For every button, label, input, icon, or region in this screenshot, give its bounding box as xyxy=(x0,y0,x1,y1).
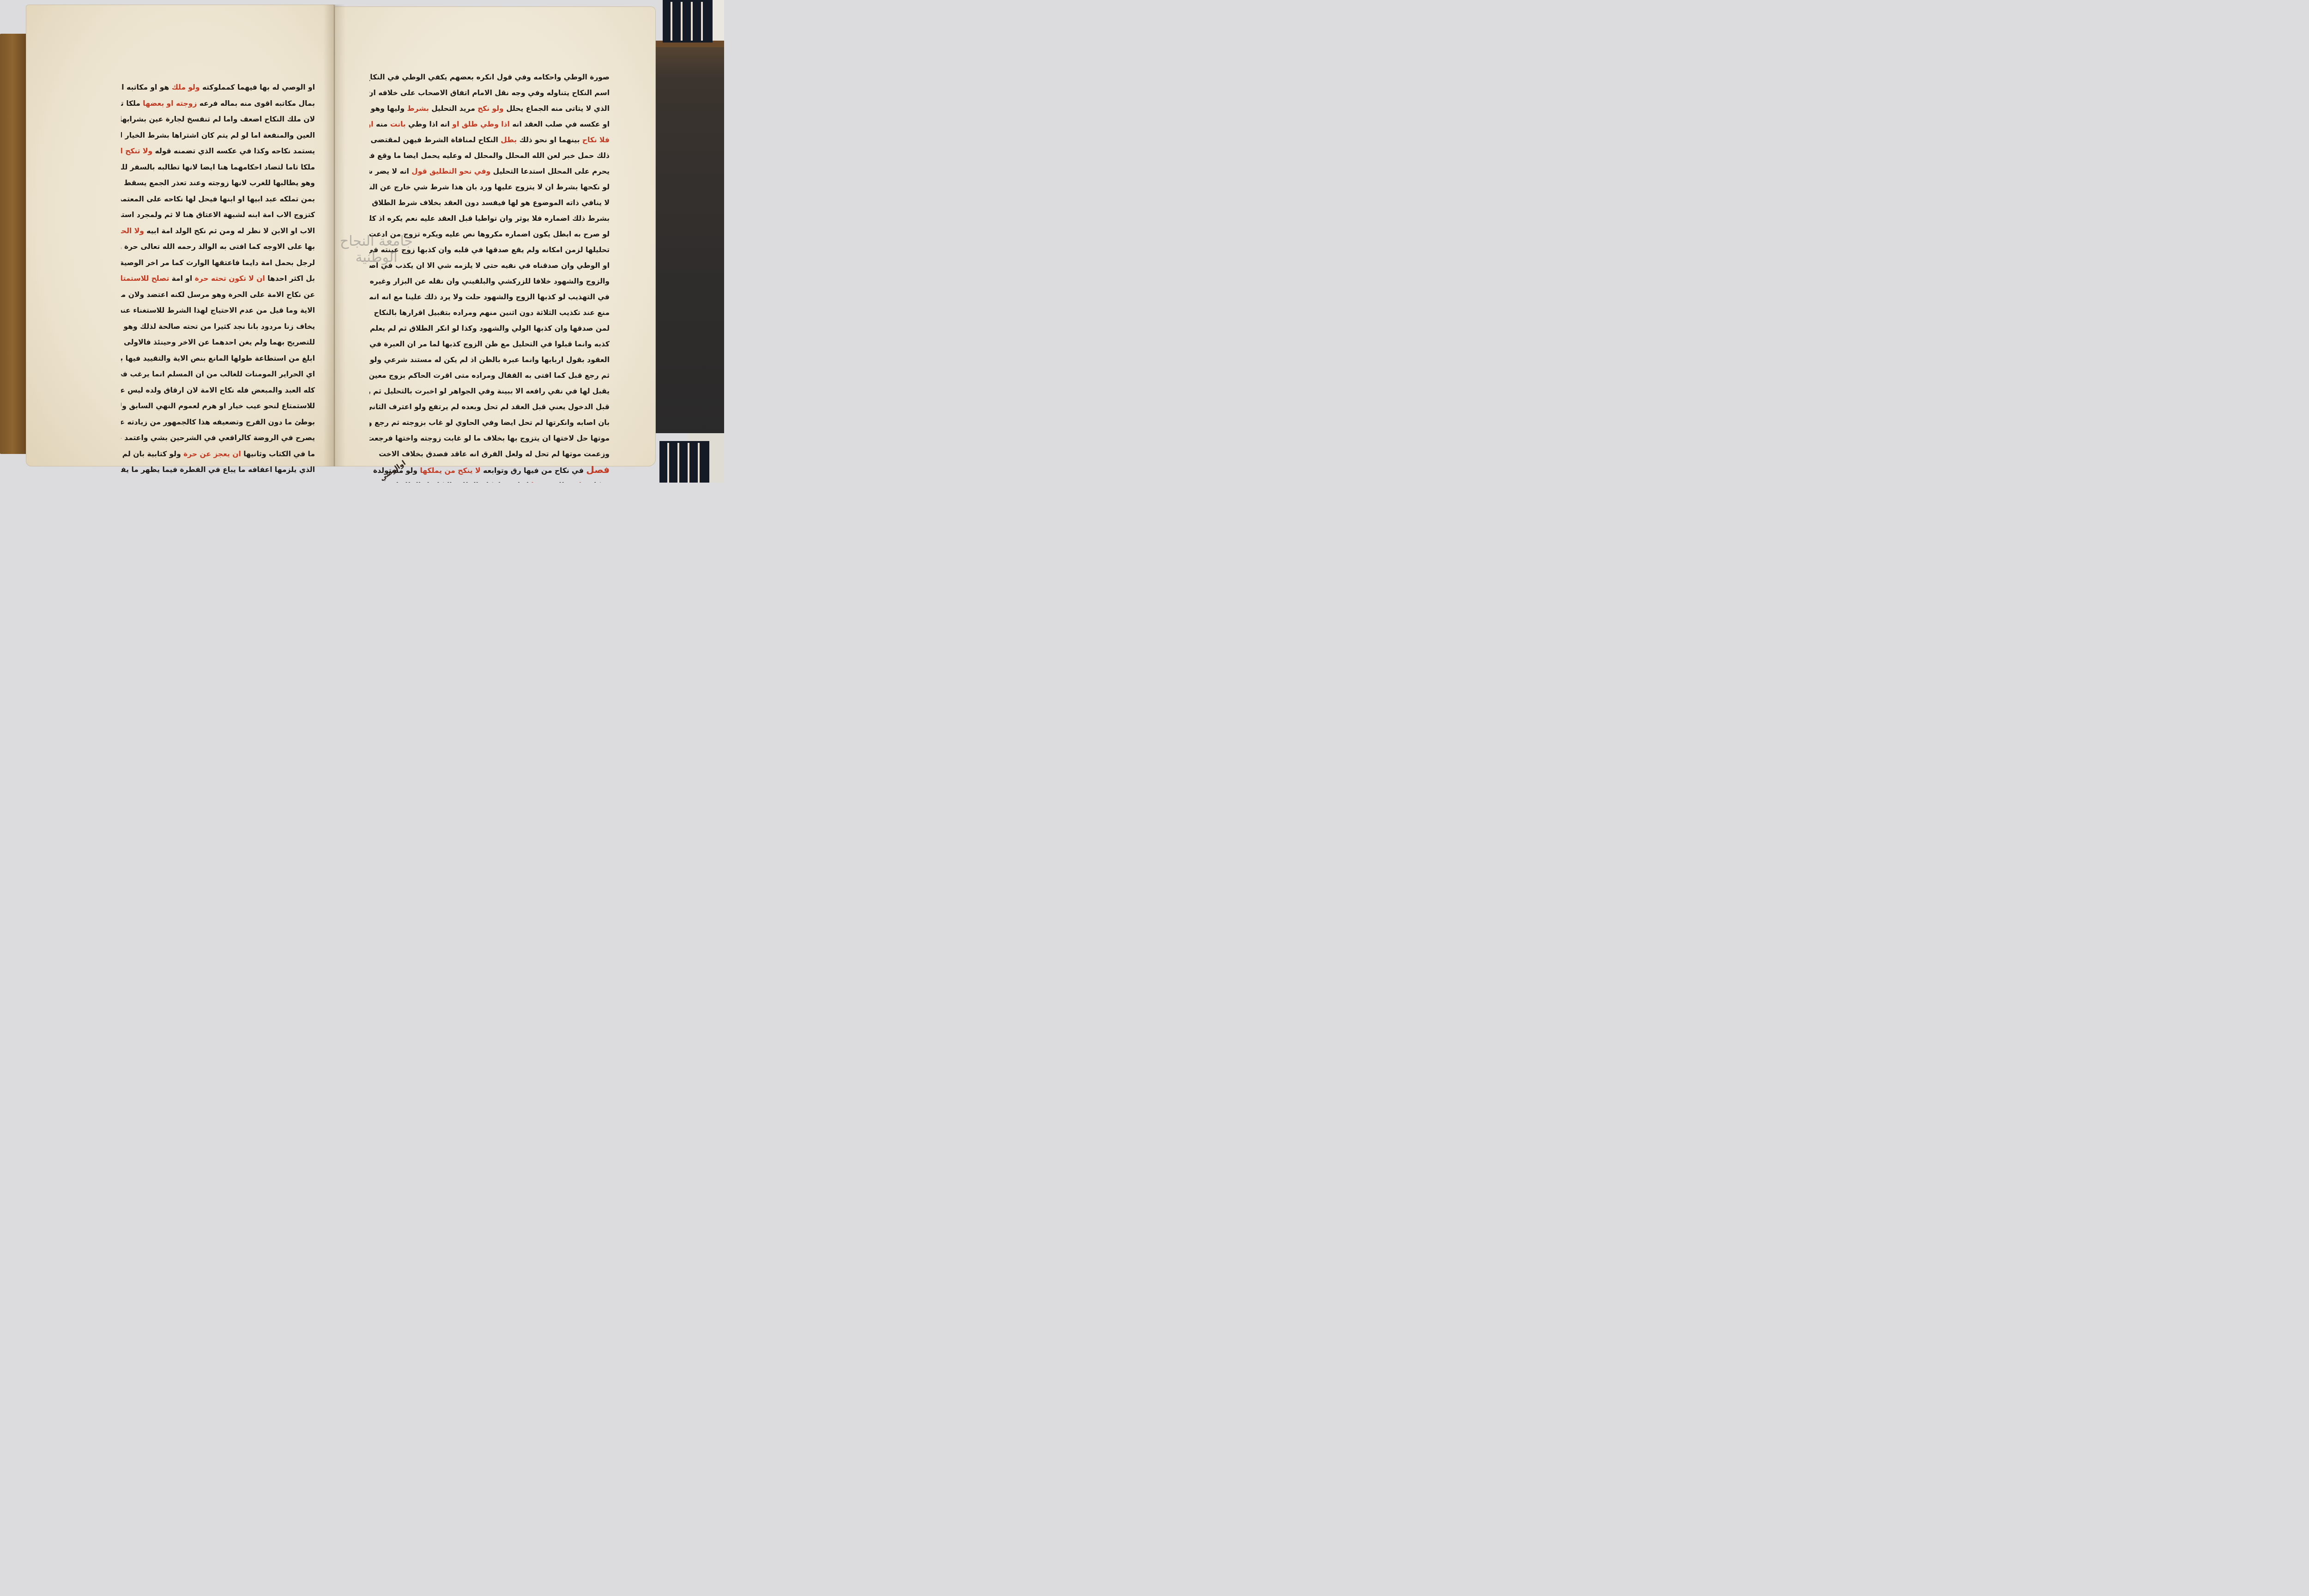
body-text: بمن تملكه عبد ابيها او ابنها فيحل لها نك… xyxy=(121,195,315,203)
body-text: ذلك حمل خبر لعن الله المحلل والمحلل له و… xyxy=(369,151,610,160)
manuscript-line: ذلك حمل خبر لعن الله المحلل والمحلل له و… xyxy=(369,148,610,163)
manuscript-line: الذي لا يتاتى منه الجماع يحلل ولو نكح مر… xyxy=(369,101,610,116)
body-text: هو او مكاتبه او فرعه او من تعلق السيد xyxy=(121,83,172,91)
rubric-text: بشرط xyxy=(407,104,429,113)
manuscript-line: يخاف زنا مردود بانا نجد كثيرا من تحته صا… xyxy=(121,319,315,335)
body-text: وزعمت موتها لم تحل له ولعل الفرق انه عاق… xyxy=(379,450,610,458)
manuscript-photo: او الوصي له بها فيهما كمملوكته ولو ملك ه… xyxy=(0,0,724,483)
body-text: يصرح في الروضة كالرافعي في الشرحين بشي و… xyxy=(121,434,315,442)
body-text: بينهما او نحو ذلك xyxy=(517,136,582,144)
rubric-text: ولا الحر xyxy=(121,227,144,235)
rubric-text: فلا نكاح xyxy=(582,136,610,144)
body-text: ابلغ من استطاعة طولها المانع بنص الاية و… xyxy=(121,354,315,363)
manuscript-line: الاب او الابن لا نظر له ومن ثم نكح الولد… xyxy=(121,223,315,239)
rubric-text: ولو ملك xyxy=(172,83,200,91)
body-text: او الوصي له بها فيهما كمملوكته xyxy=(200,83,315,91)
rubric-text: اذا وطي طلق او xyxy=(452,120,510,128)
rubric-text: لا ينكح من يملكها xyxy=(420,466,480,475)
body-text: او عكسه في صلب العقد انه xyxy=(510,120,610,128)
manuscript-line: قبل الدخول يعني قبل العقد لم تحل وبعده ل… xyxy=(369,399,610,415)
dark-board xyxy=(656,41,724,433)
book-cover-left xyxy=(0,34,28,454)
manuscript-line: يصرح في الروضة كالرافعي في الشرحين بشي و… xyxy=(121,430,315,446)
body-text: العين والمنفعة اما لو لم يتم كان اشتراها… xyxy=(121,131,315,139)
right-page-text: صورة الوطي واحكامه وفي قول انكره بعضهم ي… xyxy=(369,69,610,483)
manuscript-line: للاستمتاع لنحو عيب خيار او هرم لعموم الن… xyxy=(121,398,315,414)
body-text: بل اكثر احدها xyxy=(265,274,315,283)
manuscript-line: موتها حل لاختها ان يتزوج بها بخلاف ما لو… xyxy=(369,430,610,446)
body-text: العقود بقول اربابها وانما عبرة بالظن اذ … xyxy=(369,356,610,364)
body-text: ولو كتابية بان لم يقدر على ما معه اومع ز… xyxy=(121,450,183,458)
manuscript-line: بوطئ ما دون الفرج وتضعيفه هذا كالجمهور م… xyxy=(121,414,315,430)
manuscript-line: الذي يلزمها اعفافه ما يباع في الفطرة فيم… xyxy=(121,462,315,478)
body-text: والزوج والشهود خلافا للزركشي والبلقيني و… xyxy=(369,277,610,285)
manuscript-line: اسم النكاح يتناوله وفي وجه نقل الامام ات… xyxy=(369,85,610,101)
manuscript-line: عن نكاح الامة على الحرة وهو مرسل لكنه اع… xyxy=(121,287,315,303)
black-grid-stand-bottom xyxy=(659,441,709,483)
body-text: بمال مكاتبه اقوى منه بماله فرعه xyxy=(197,99,315,108)
body-text: اي الحراير المومنات للغالب من ان المسلم … xyxy=(121,370,315,378)
body-text: لان ملك النكاح اضعف واما لم تنفسخ لجارة … xyxy=(121,115,315,123)
body-text: في التهذيب لو كذبها الزوج والشهود حلت ول… xyxy=(369,293,610,301)
manuscript-line: فلا نكاح بينهما او نحو ذلك بطل النكاح لم… xyxy=(369,132,610,148)
manuscript-line: بها على الاوجه كما افتى به الوالد رحمه ا… xyxy=(121,239,315,255)
body-text: في نكاح من فيها رق وتوابعه xyxy=(481,466,586,475)
body-text: ثم رجع قبل كما افتى به القفال ومراده متى… xyxy=(369,371,610,380)
body-text: موتها حل لاختها ان يتزوج بها بخلاف ما لو… xyxy=(369,434,610,442)
body-text: ملكا تاما لتضاد احكامهما هنا ايضا لانها … xyxy=(121,163,315,171)
body-text: لا ينافي ذاته الموضوع هو لها فيفسد دون ا… xyxy=(369,199,610,207)
manuscript-line: وزعمت موتها لم تحل له ولعل الفرق انه عاق… xyxy=(369,446,610,462)
manuscript-line: وهو يطالبها للغرب لانها زوجته وعند تعذر … xyxy=(121,175,315,191)
body-text: صورة الوطي واحكامه وفي قول انكره بعضهم ي… xyxy=(369,73,610,81)
body-text: قبل الدخول يعني قبل العقد لم تحل وبعده ل… xyxy=(369,403,610,411)
manuscript-line: بمال مكاتبه اقوى منه بماله فرعه زوجته او… xyxy=(121,96,315,112)
rubric-text: ان يعجز عن حرة xyxy=(183,450,241,458)
manuscript-line: او الوصي له بها فيهما كمملوكته ولو ملك ه… xyxy=(121,79,315,96)
body-text: كتزوج الاب امة ابنه لشبهة الاعتاق هنا لا… xyxy=(121,211,315,219)
manuscript-line: او لم ترض الا بزيادة عليه وان قلت نعم لو… xyxy=(121,478,315,483)
manuscript-line: اي الحراير المومنات للغالب من ان المسلم … xyxy=(121,366,315,382)
manuscript-line: يستمد نكاحه وكذا في عكسه الذي تضمنه قوله… xyxy=(121,143,315,159)
body-text: او لم ترض الا بزيادة عليه وان قلت نعم لو… xyxy=(121,482,315,483)
rubric-text: بعضها xyxy=(531,481,552,483)
manuscript-line: بشرط ذلك اضماره فلا يوثر وان تواطيا قبل … xyxy=(369,211,610,226)
manuscript-line: كله العبد والمبعض فله نكاح الامة لان ارق… xyxy=(121,382,315,399)
black-grid-stand-top xyxy=(663,0,713,42)
manuscript-line: في التهذيب لو كذبها الزوج والشهود حلت ول… xyxy=(369,289,610,305)
body-text: يملك xyxy=(552,481,574,483)
rubric-text: وفي نحو التطليق قول xyxy=(411,167,490,175)
manuscript-line: منع عند تكذيب الثلاثة دون اثنين منهم ومر… xyxy=(369,305,610,320)
body-text: كذبه وانما قبلوا في التحليل مع ظن الزوج … xyxy=(369,340,610,348)
manuscript-line: ثم رجع قبل كما افتى به القفال ومراده متى… xyxy=(369,368,610,383)
rubric-text: بطل xyxy=(501,136,517,144)
body-text: وليها وهو افقه انه xyxy=(369,104,407,113)
manuscript-line: لان ملك النكاح اضعف واما لم تنفسخ لجارة … xyxy=(121,111,315,127)
manuscript-line: الاية وما قيل من عدم الاحتياج لهذا الشرط… xyxy=(121,302,315,319)
body-text: بوطئ ما دون الفرج وتضعيفه هذا كالجمهور م… xyxy=(121,418,315,426)
body-text: لرجل بحمل امة دايما فاعتقها الوارث كما م… xyxy=(121,259,315,267)
manuscript-line: بل اكثر احدها ان لا تكون تحته حرة او امة… xyxy=(121,271,315,287)
manuscript-line: بمن تملكه عبد ابيها او ابنها فيحل لها نك… xyxy=(121,191,315,207)
manuscript-line: ابلغ من استطاعة طولها المانع بنص الاية و… xyxy=(121,351,315,367)
body-text: الاية وما قيل من عدم الاحتياج لهذا الشرط… xyxy=(121,306,315,314)
body-text: ومكاتبة xyxy=(581,481,610,483)
manuscript-line: العين والمنفعة اما لو لم يتم كان اشتراها… xyxy=(121,127,315,144)
manuscript-line: كتزوج الاب امة ابنه لشبهة الاعتاق هنا لا… xyxy=(121,207,315,223)
manuscript-line: للتصريح بهما ولم يغن احدهما عن الاخر وحي… xyxy=(121,334,315,351)
body-text: الذي لا يتاتى منه الجماع يحلل xyxy=(504,104,610,113)
body-text: ما في الكتاب وثانيها xyxy=(241,450,315,458)
body-text: انه لا يضر شرطه كما xyxy=(369,167,411,175)
manuscript-line: لا ينافي ذاته الموضوع هو لها فيفسد دون ا… xyxy=(369,195,610,211)
body-text: بها على الاوجه كما افتى به الوالد رحمه ا… xyxy=(121,242,315,251)
body-text: منه xyxy=(374,120,390,128)
manuscript-line: ملكا تاما لتضاد احكامهما هنا ايضا لانها … xyxy=(121,159,315,175)
manuscript-line: يقبل لها في نفي رافعه الا ببينة وفي الجو… xyxy=(369,383,610,399)
body-text: الاب او الابن لا نظر له ومن ثم نكح الولد… xyxy=(144,227,315,235)
manuscript-line: لو نكحها بشرط ان لا يتزوج عليها ورد بان … xyxy=(369,179,610,195)
body-text: ملكا تاما xyxy=(121,99,143,108)
manuscript-line: صورة الوطي واحكامه وفي قول انكره بعضهم ي… xyxy=(369,69,610,85)
body-text: مريد التحليل xyxy=(429,104,478,113)
manuscript-line: يحرم على المحلل استدعا التحليل وفي نحو ا… xyxy=(369,163,610,179)
body-text: النكاح لمنافاة الشرط فيهن لمقتضى العقد و… xyxy=(369,136,501,144)
rubric-text: ولا تنكح المراة من تملكه وبعضه xyxy=(121,147,152,155)
rubric-text: زوجته او بعضها xyxy=(143,99,197,108)
rubric-text: ان لا تكون تحته حرة xyxy=(195,274,265,283)
manuscript-line: ومكاتبة او يملك بعضها لتناقض احكام الملك… xyxy=(369,478,610,483)
manuscript-line: بان اصابه وانكرتها لم تحل ايضا وفي الحاو… xyxy=(369,415,610,430)
manuscript-line: لمن صدقها وان كذبها الولي والشهود وكذا ل… xyxy=(369,320,610,336)
body-text: وهو يطالبها للغرب لانها زوجته وعند تعذر … xyxy=(121,179,315,187)
body-text: للتصريح بهما ولم يغن احدهما عن الاخر وحي… xyxy=(121,338,315,346)
manuscript-line: ما في الكتاب وثانيها ان يعجز عن حرة ولو … xyxy=(121,446,315,462)
left-page-text: او الوصي له بها فيهما كمملوكته ولو ملك ه… xyxy=(121,79,315,483)
body-text: انه اذا وطي xyxy=(406,120,453,128)
body-text: منع عند تكذيب الثلاثة دون اثنين منهم ومر… xyxy=(374,308,610,317)
body-text: كله العبد والمبعض فله نكاح الامة لان ارق… xyxy=(121,386,315,394)
rubric-text: فصل xyxy=(586,464,610,475)
body-text: او امة xyxy=(169,274,194,283)
manuscript-line: كذبه وانما قبلوا في التحليل مع ظن الزوج … xyxy=(369,336,610,352)
watermark: جامعة النجاح الوطنية xyxy=(319,233,434,266)
rubric-text: او xyxy=(369,120,374,128)
manuscript-line: لرجل بحمل امة دايما فاعتقها الوارث كما م… xyxy=(121,255,315,271)
body-text: بان اصابه وانكرتها لم تحل ايضا وفي الحاو… xyxy=(369,418,610,427)
body-text: اسم النكاح يتناوله وفي وجه نقل الامام ات… xyxy=(369,89,610,97)
body-text: يقبل لها في نفي رافعه الا ببينة وفي الجو… xyxy=(369,387,610,395)
manuscript-line: والزوج والشهود خلافا للزركشي والبلقيني و… xyxy=(369,273,610,289)
rubric-text: تصلح للاستمتاع xyxy=(121,274,169,283)
body-text: يحرم على المحلل استدعا التحليل xyxy=(490,167,610,175)
body-text: يخاف زنا مردود بانا نجد كثيرا من تحته صا… xyxy=(121,322,315,331)
body-text: لتناقض احكام الملك والنكاح اذ الملك لا ي… xyxy=(369,481,531,483)
body-text: بشرط ذلك اضماره فلا يوثر وان تواطيا قبل … xyxy=(369,214,610,223)
rubric-text: او xyxy=(574,481,581,483)
body-text: عن نكاح الامة على الحرة وهو مرسل لكنه اع… xyxy=(121,290,315,299)
body-text: الذي يلزمها اعفافه ما يباع في الفطرة فيم… xyxy=(121,465,315,474)
manuscript-line: العقود بقول اربابها وانما عبرة بالظن اذ … xyxy=(369,352,610,368)
body-text: لمن صدقها وان كذبها الولي والشهود وكذا ل… xyxy=(369,324,610,332)
body-text: لو نكحها بشرط ان لا يتزوج عليها ورد بان … xyxy=(369,183,610,191)
body-text: يستمد نكاحه وكذا في عكسه الذي تضمنه قوله xyxy=(152,147,315,155)
manuscript-line: او عكسه في صلب العقد انه اذا وطي طلق او … xyxy=(369,116,610,132)
body-text: للاستمتاع لنحو عيب خيار او هرم لعموم الن… xyxy=(121,402,315,410)
rubric-text: ولو نكح xyxy=(478,104,504,113)
rubric-text: بانت xyxy=(390,120,406,128)
